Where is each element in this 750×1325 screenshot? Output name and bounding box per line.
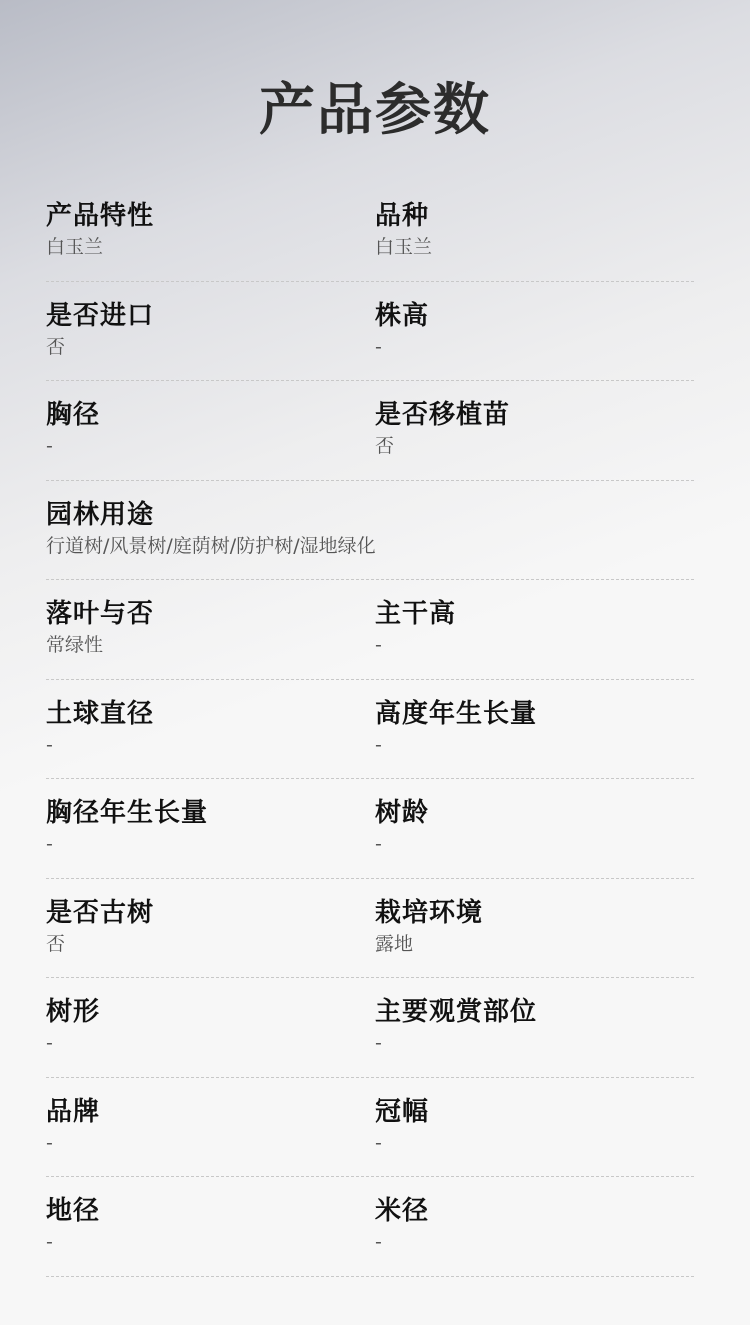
spec-value: 行道树/风景树/庭荫树/防护树/湿地绿化 bbox=[46, 533, 376, 559]
spec-label: 树形 bbox=[46, 996, 100, 1028]
spec-value: - bbox=[46, 1130, 100, 1156]
spec-label: 地径 bbox=[46, 1195, 100, 1227]
spec-list: 产品特性白玉兰品种白玉兰是否进口否株高-胸径-是否移植苗否园林用途行道树/风景树… bbox=[46, 182, 694, 1277]
spec-item: 落叶与否常绿性 bbox=[46, 598, 154, 658]
spec-item: 产品特性白玉兰 bbox=[46, 200, 154, 260]
spec-item: 是否进口否 bbox=[46, 300, 154, 360]
spec-label: 落叶与否 bbox=[46, 598, 154, 630]
spec-row: 土球直径-高度年生长量- bbox=[46, 680, 694, 780]
spec-label: 米径 bbox=[375, 1195, 429, 1227]
spec-label: 土球直径 bbox=[46, 698, 154, 730]
spec-item: 主要观赏部位- bbox=[375, 996, 537, 1056]
spec-item: 是否古树否 bbox=[46, 897, 154, 957]
spec-item: 树龄- bbox=[375, 797, 429, 857]
spec-item: 园林用途行道树/风景树/庭荫树/防护树/湿地绿化 bbox=[46, 499, 376, 559]
spec-item: 品种白玉兰 bbox=[375, 200, 432, 260]
spec-value: - bbox=[46, 1030, 100, 1056]
page-title: 产品参数 bbox=[0, 66, 750, 146]
spec-value: - bbox=[375, 831, 429, 857]
spec-row: 胸径-是否移植苗否 bbox=[46, 381, 694, 481]
spec-value: - bbox=[375, 1229, 429, 1255]
spec-row: 地径-米径- bbox=[46, 1177, 694, 1277]
spec-label: 是否古树 bbox=[46, 897, 154, 929]
spec-item: 株高- bbox=[375, 300, 429, 360]
spec-value: - bbox=[46, 1229, 100, 1255]
spec-row: 品牌-冠幅- bbox=[46, 1078, 694, 1178]
spec-item: 树形- bbox=[46, 996, 100, 1056]
spec-label: 主要观赏部位 bbox=[375, 996, 537, 1028]
spec-label: 高度年生长量 bbox=[375, 698, 537, 730]
spec-item: 栽培环境露地 bbox=[375, 897, 483, 957]
spec-value: 白玉兰 bbox=[375, 234, 432, 260]
spec-label: 栽培环境 bbox=[375, 897, 483, 929]
spec-item: 冠幅- bbox=[375, 1096, 429, 1156]
spec-label: 冠幅 bbox=[375, 1096, 429, 1128]
spec-label: 产品特性 bbox=[46, 200, 154, 232]
spec-row: 落叶与否常绿性主干高- bbox=[46, 580, 694, 680]
spec-item: 土球直径- bbox=[46, 698, 154, 758]
spec-item: 主干高- bbox=[375, 598, 456, 658]
spec-label: 主干高 bbox=[375, 598, 456, 630]
spec-value: - bbox=[375, 632, 456, 658]
spec-item: 品牌- bbox=[46, 1096, 100, 1156]
spec-value: - bbox=[46, 831, 208, 857]
spec-item: 是否移植苗否 bbox=[375, 399, 510, 459]
spec-label: 是否进口 bbox=[46, 300, 154, 332]
spec-item: 胸径- bbox=[46, 399, 100, 459]
spec-row: 园林用途行道树/风景树/庭荫树/防护树/湿地绿化 bbox=[46, 481, 694, 581]
spec-row: 树形-主要观赏部位- bbox=[46, 978, 694, 1078]
spec-label: 园林用途 bbox=[46, 499, 376, 531]
spec-value: 否 bbox=[46, 931, 154, 957]
spec-label: 株高 bbox=[375, 300, 429, 332]
spec-label: 品种 bbox=[375, 200, 432, 232]
spec-label: 胸径 bbox=[46, 399, 100, 431]
spec-label: 胸径年生长量 bbox=[46, 797, 208, 829]
spec-value: - bbox=[375, 334, 429, 360]
spec-row: 是否古树否栽培环境露地 bbox=[46, 879, 694, 979]
spec-value: - bbox=[375, 1030, 537, 1056]
spec-label: 树龄 bbox=[375, 797, 429, 829]
spec-value: - bbox=[46, 732, 154, 758]
spec-value: 露地 bbox=[375, 931, 483, 957]
spec-item: 胸径年生长量- bbox=[46, 797, 208, 857]
spec-row: 是否进口否株高- bbox=[46, 282, 694, 382]
spec-row: 胸径年生长量-树龄- bbox=[46, 779, 694, 879]
spec-label: 是否移植苗 bbox=[375, 399, 510, 431]
spec-value: 白玉兰 bbox=[46, 234, 154, 260]
spec-value: 否 bbox=[375, 433, 510, 459]
spec-item: 米径- bbox=[375, 1195, 429, 1255]
spec-label: 品牌 bbox=[46, 1096, 100, 1128]
spec-value: - bbox=[375, 732, 537, 758]
spec-value: - bbox=[46, 433, 100, 459]
spec-row: 产品特性白玉兰品种白玉兰 bbox=[46, 182, 694, 282]
spec-item: 地径- bbox=[46, 1195, 100, 1255]
spec-value: 否 bbox=[46, 334, 154, 360]
spec-value: - bbox=[375, 1130, 429, 1156]
spec-value: 常绿性 bbox=[46, 632, 154, 658]
spec-item: 高度年生长量- bbox=[375, 698, 537, 758]
